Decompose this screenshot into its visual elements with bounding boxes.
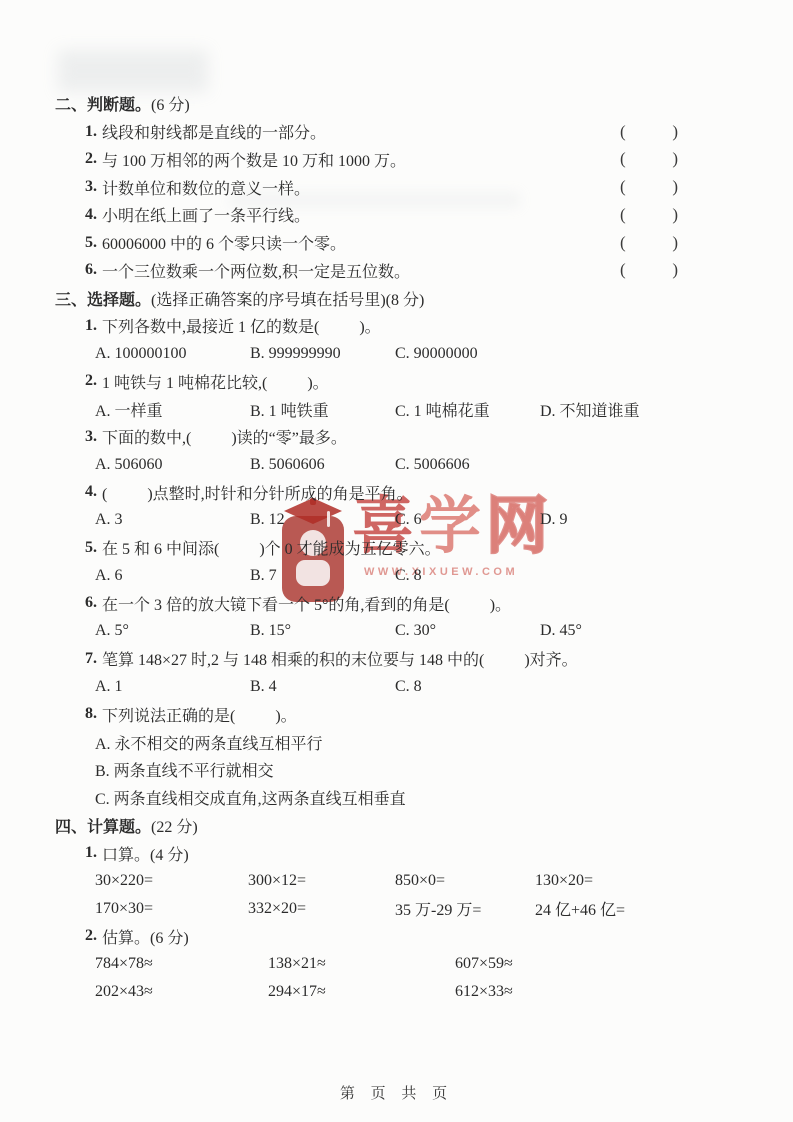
judge-item: 3.计数单位和数位的意义一样。 () (55, 173, 740, 201)
bracket-close: ) (672, 149, 678, 169)
option-label: C. 1 吨棉花重 (395, 398, 540, 421)
bracket-close: ) (672, 122, 678, 142)
expression: 30×220= (95, 872, 248, 890)
expression: 300×12= (248, 872, 395, 890)
choice-option-row: B. 两条直线不平行就相交 (55, 756, 740, 784)
section-title-note: (6 分) (151, 92, 190, 115)
question-number: 2. (85, 372, 97, 390)
section-calc-title: 四、计算题。(22 分) (55, 812, 740, 840)
question-text: 线段和射线都是直线的一部分。 (102, 120, 326, 143)
option-label: D. 不知道谁重 (540, 398, 740, 421)
answer-brackets: () (620, 149, 678, 169)
question-text: 小明在纸上画了一条平行线。 (102, 203, 310, 226)
question-number: 1. (85, 123, 97, 141)
option-label: C. 8 (395, 567, 540, 585)
question-number: 6. (85, 594, 97, 612)
bracket-close: ) (672, 260, 678, 280)
section-title-main: 四、计算题。 (55, 814, 151, 837)
expression: 202×43≈ (95, 983, 268, 1001)
option-label: A. 506060 (95, 456, 250, 474)
question-text: 60006000 中的 6 个零只读一个零。 (102, 231, 346, 254)
choice-option-row: C. 两条直线相交成直角,这两条直线互相垂直 (55, 784, 740, 812)
oral-calc-row: 30×220= 300×12= 850×0= 130×20= (55, 867, 740, 895)
expression: 170×30= (95, 900, 248, 918)
option-label: C. 90000000 (395, 345, 540, 363)
choice-question: 6.在一个 3 倍的放大镜下看一个 5°的角,看到的角是( )。 (55, 590, 740, 618)
option-label: C. 30° (395, 622, 540, 640)
section-title-main: 三、选择题。 (55, 287, 151, 310)
expression: 24 亿+46 亿= (535, 897, 740, 920)
section-title-note: (22 分) (151, 814, 198, 837)
option-label: D. 9 (540, 511, 740, 529)
section-title-main: 二、判断题。 (55, 92, 151, 115)
question-text: 一个三位数乘一个两位数,积一定是五位数。 (102, 259, 410, 282)
question-text: 下列各数中,最接近 1 亿的数是( )。 (102, 314, 381, 337)
option-label: B. 1 吨铁重 (250, 398, 395, 421)
judge-item: 5.60006000 中的 6 个零只读一个零。 () (55, 229, 740, 257)
option-label: B. 15° (250, 622, 395, 640)
question-number: 3. (85, 428, 97, 446)
expression: 784×78≈ (95, 955, 268, 973)
bracket-open: ( (620, 260, 626, 280)
choice-options: A. 100000100 B. 999999990 C. 90000000 (55, 340, 740, 368)
choice-option-row: A. 永不相交的两条直线互相平行 (55, 728, 740, 756)
option-label: B. 两条直线不平行就相交 (95, 758, 274, 781)
choice-question: 5.在 5 和 6 中间添( )个 0 才能成为五亿零六。 (55, 534, 740, 562)
expression: 294×17≈ (268, 983, 455, 1001)
choice-options: A. 6 B. 7 C. 8 (55, 562, 740, 590)
estimate-calc-row: 202×43≈ 294×17≈ 612×33≈ (55, 978, 740, 1006)
choice-question: 4.( )点整时,时针和分针所成的角是平角。 (55, 479, 740, 507)
section-choice-title: 三、选择题。(选择正确答案的序号填在括号里)(8 分) (55, 284, 740, 312)
expression: 850×0= (395, 872, 535, 890)
sub-label-text: 估算。(6 分) (102, 925, 189, 948)
bracket-open: ( (620, 233, 626, 253)
bracket-close: ) (672, 233, 678, 253)
page-footer: 第 页 共 页 (0, 1082, 793, 1103)
question-text: 下列说法正确的是( )。 (102, 703, 297, 726)
answer-brackets: () (620, 233, 678, 253)
choice-question: 7.笔算 148×27 时,2 与 148 相乘的积的末位要与 148 中的( … (55, 645, 740, 673)
paper-content: 二、判断题。(6 分) 1.线段和射线都是直线的一部分。 () 2.与 100 … (0, 0, 793, 1006)
calc-sub-label: 1.口算。(4 分) (55, 839, 740, 867)
bracket-close: ) (672, 177, 678, 197)
option-label: B. 12 (250, 511, 395, 529)
question-number: 4. (85, 206, 97, 224)
calc-sub-label: 2.估算。(6 分) (55, 923, 740, 951)
question-number: 7. (85, 650, 97, 668)
question-number: 5. (85, 539, 97, 557)
question-text: 下面的数中,( )读的“零”最多。 (102, 425, 347, 448)
choice-options: A. 506060 B. 5060606 C. 5006606 (55, 451, 740, 479)
judge-item: 2.与 100 万相邻的两个数是 10 万和 1000 万。 () (55, 146, 740, 174)
answer-brackets: () (620, 122, 678, 142)
option-label: A. 一样重 (95, 398, 250, 421)
answer-brackets: () (620, 205, 678, 225)
question-text: 与 100 万相邻的两个数是 10 万和 1000 万。 (102, 148, 406, 171)
sub-label-text: 口算。(4 分) (102, 842, 189, 865)
question-text: 1 吨铁与 1 吨棉花比较,( )。 (102, 370, 329, 393)
question-text: ( )点整时,时针和分针所成的角是平角。 (102, 481, 413, 504)
question-number: 1. (85, 317, 97, 335)
test-paper-page: 喜 学 网 WWW.XIXUEW.COM 二、判断题。(6 分) 1.线段和射线… (0, 0, 793, 1122)
expression: 332×20= (248, 900, 395, 918)
option-label: C. 6 (395, 511, 540, 529)
question-number: 2. (85, 927, 97, 945)
expression: 130×20= (535, 872, 740, 890)
option-label: A. 1 (95, 678, 250, 696)
question-text: 在一个 3 倍的放大镜下看一个 5°的角,看到的角是( )。 (102, 592, 511, 615)
bracket-open: ( (620, 149, 626, 169)
option-label: A. 100000100 (95, 345, 250, 363)
option-label: B. 7 (250, 567, 395, 585)
judge-item: 1.线段和射线都是直线的一部分。 () (55, 118, 740, 146)
choice-question: 2.1 吨铁与 1 吨棉花比较,( )。 (55, 368, 740, 396)
expression: 607×59≈ (455, 955, 740, 973)
option-label: B. 5060606 (250, 456, 395, 474)
bracket-close: ) (672, 205, 678, 225)
judge-item: 6.一个三位数乘一个两位数,积一定是五位数。 () (55, 257, 740, 285)
question-number: 1. (85, 844, 97, 862)
bracket-open: ( (620, 177, 626, 197)
option-label: B. 4 (250, 678, 395, 696)
question-number: 8. (85, 705, 97, 723)
option-label: C. 5006606 (395, 456, 540, 474)
question-text: 在 5 和 6 中间添( )个 0 才能成为五亿零六。 (102, 536, 441, 559)
expression: 138×21≈ (268, 955, 455, 973)
choice-options: A. 1 B. 4 C. 8 (55, 673, 740, 701)
estimate-calc-row: 784×78≈ 138×21≈ 607×59≈ (55, 950, 740, 978)
question-number: 2. (85, 150, 97, 168)
oral-calc-row: 170×30= 332×20= 35 万-29 万= 24 亿+46 亿= (55, 895, 740, 923)
expression: 35 万-29 万= (395, 897, 535, 920)
option-label: A. 3 (95, 511, 250, 529)
choice-options: A. 一样重 B. 1 吨铁重 C. 1 吨棉花重 D. 不知道谁重 (55, 395, 740, 423)
bracket-open: ( (620, 205, 626, 225)
choice-question: 1.下列各数中,最接近 1 亿的数是( )。 (55, 312, 740, 340)
section-judge-title: 二、判断题。(6 分) (55, 90, 740, 118)
option-label: C. 两条直线相交成直角,这两条直线互相垂直 (95, 786, 406, 809)
option-label: B. 999999990 (250, 345, 395, 363)
option-label: A. 永不相交的两条直线互相平行 (95, 731, 323, 754)
answer-brackets: () (620, 260, 678, 280)
expression: 612×33≈ (455, 983, 740, 1001)
question-number: 5. (85, 234, 97, 252)
answer-brackets: () (620, 177, 678, 197)
choice-options: A. 5° B. 15° C. 30° D. 45° (55, 617, 740, 645)
question-number: 4. (85, 483, 97, 501)
question-number: 6. (85, 261, 97, 279)
option-label: A. 6 (95, 567, 250, 585)
choice-question: 8.下列说法正确的是( )。 (55, 701, 740, 729)
bracket-open: ( (620, 122, 626, 142)
question-text: 笔算 148×27 时,2 与 148 相乘的积的末位要与 148 中的( )对… (102, 647, 578, 670)
choice-options: A. 3 B. 12 C. 6 D. 9 (55, 506, 740, 534)
judge-item: 4.小明在纸上画了一条平行线。 () (55, 201, 740, 229)
question-text: 计数单位和数位的意义一样。 (102, 176, 310, 199)
option-label: C. 8 (395, 678, 540, 696)
question-number: 3. (85, 178, 97, 196)
section-title-note: (选择正确答案的序号填在括号里)(8 分) (151, 287, 424, 310)
option-label: D. 45° (540, 622, 740, 640)
choice-question: 3.下面的数中,( )读的“零”最多。 (55, 423, 740, 451)
option-label: A. 5° (95, 622, 250, 640)
